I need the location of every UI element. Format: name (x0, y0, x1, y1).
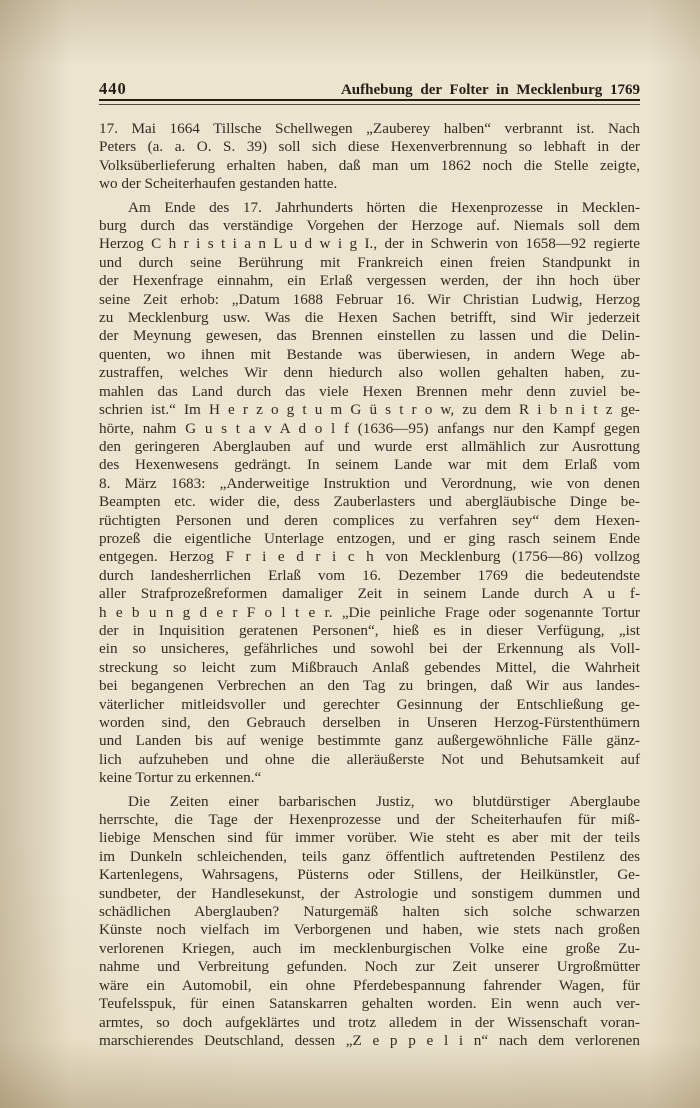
text-line: väterlicher mitleidsvoller und gerechter… (99, 696, 640, 714)
text-line: seine Zeit erhob: „Datum 1688 Februar 16… (99, 291, 640, 309)
text-line: und Landen bis auf wenige bestimmte ganz… (99, 732, 640, 750)
text-line: hörte, nahm G u s t a v A d o l f (1636—… (99, 420, 640, 438)
text-line: schrien ist.“ Im H e r z o g t u m G ü s… (99, 401, 640, 419)
text-line: marschierendes Deutschland, dessen „Z e … (99, 1032, 640, 1050)
text-line: liebige Menschen sind für immer vorüber.… (99, 829, 640, 847)
paragraph: Am Ende des 17. Jahrhunderts hörten die … (99, 199, 640, 788)
text-line: zu Mecklenburg usw. Was die Hexen Sachen… (99, 309, 640, 327)
text-line: ein so unsicheres, gefährliches und sowo… (99, 640, 640, 658)
text-line: Volksüberlieferung erhalten haben, daß m… (99, 157, 640, 175)
text-line: und durch seine Berührung mit Frankreich… (99, 254, 640, 272)
header-rule-top (99, 99, 640, 101)
text-line: wäre ein Automobil, ein ohne Pferdebespa… (99, 977, 640, 995)
text-line: bei begangenen Verbrechen an den Tag zu … (99, 677, 640, 695)
text-line: Teufelsspuk, für einen Satanskarren geha… (99, 995, 640, 1013)
text-line: rüchtigten Personen und deren complices … (99, 512, 640, 530)
text-line: des Hexenwesens gedrängt. In seinem Land… (99, 456, 640, 474)
text-line: h e b u n g d e r F o l t e r. „Die pein… (99, 604, 640, 622)
text-line: schädlichen Aberglauben? Naturgemäß halt… (99, 903, 640, 921)
paragraph: Die Zeiten einer barbarischen Justiz, wo… (99, 793, 640, 1051)
text-line: mahlen das Land durch das viele Hexen Br… (99, 383, 640, 401)
text-line: burg durch das verständige Vorgehen der … (99, 217, 640, 235)
page-header: 440 Aufhebung der Folter in Mecklenburg … (99, 79, 640, 99)
text-line: streckung so leicht zum Mißbrauch Anlaß … (99, 659, 640, 677)
text-line: Beampten etc. wider die, dess Zauberlast… (99, 493, 640, 511)
text-line: herrschte, die Tage der Hexenprozesse un… (99, 811, 640, 829)
text-line: sundbeter, der Handlesekunst, der Astrol… (99, 885, 640, 903)
text-line: der in Inquisition geratenen Personen“, … (99, 622, 640, 640)
text-line: nahme und Verbreitung gefunden. Noch zur… (99, 958, 640, 976)
text-line: den geringeren Aberglauben auf und wurde… (99, 438, 640, 456)
text-line: armtes, so doch aufgeklärtes und trotz a… (99, 1014, 640, 1032)
text-line: Am Ende des 17. Jahrhunderts hörten die … (99, 199, 640, 217)
text-line: 17. Mai 1664 Tillsche Schellwegen „Zaube… (99, 120, 640, 138)
text-line: im Dunkeln schleichenden, teils ganz öff… (99, 848, 640, 866)
body-text: 17. Mai 1664 Tillsche Schellwegen „Zaube… (99, 120, 640, 1050)
text-line: worden sind, den Gebrauch derselben in U… (99, 714, 640, 732)
text-line: zustraffen, welches Wir denn hiedurch al… (99, 364, 640, 382)
text-line: keine Tortur zu erkennen.“ (99, 769, 640, 787)
running-title: Aufhebung der Folter in Mecklenburg 1769 (341, 82, 640, 99)
text-line: verlorenen Kriegen, auch im mecklenburgi… (99, 940, 640, 958)
paragraph: 17. Mai 1664 Tillsche Schellwegen „Zaube… (99, 120, 640, 194)
page-number: 440 (99, 79, 127, 99)
scanned-book-page: 440 Aufhebung der Folter in Mecklenburg … (0, 0, 700, 1108)
text-line: aller Strafprozeßreformen damaliger Zeit… (99, 585, 640, 603)
text-line: Künste noch vielfach im Verborgenen und … (99, 921, 640, 939)
text-line: entgegen. Herzog F r i e d r i c h von M… (99, 548, 640, 566)
text-line: Herzog C h r i s t i a n L u d w i g I.,… (99, 235, 640, 253)
text-line: der Hexenfrage einnahm, ein Erlaß verges… (99, 272, 640, 290)
text-line: Peters (a. a. O. S. 39) soll sich diese … (99, 138, 640, 156)
text-line: 8. März 1683: „Anderweitige Instruktion … (99, 475, 640, 493)
text-line: wo der Scheiterhaufen gestanden hatte. (99, 175, 640, 193)
text-line: der Meynung gewesen, das Brennen einstel… (99, 327, 640, 345)
text-line: prozeß die eigentliche Unterlage entzoge… (99, 530, 640, 548)
text-line: Die Zeiten einer barbarischen Justiz, wo… (99, 793, 640, 811)
text-line: durch landesherrlichen Erlaß vom 16. Dez… (99, 567, 640, 585)
header-rule-bottom (99, 104, 640, 105)
text-line: Kartenlegens, Wahrsagens, Püsterns oder … (99, 866, 640, 884)
text-line: lich aufzuheben und ohne die alleräußers… (99, 751, 640, 769)
text-line: quenten, wo ihnen mit Bestande was überw… (99, 346, 640, 364)
